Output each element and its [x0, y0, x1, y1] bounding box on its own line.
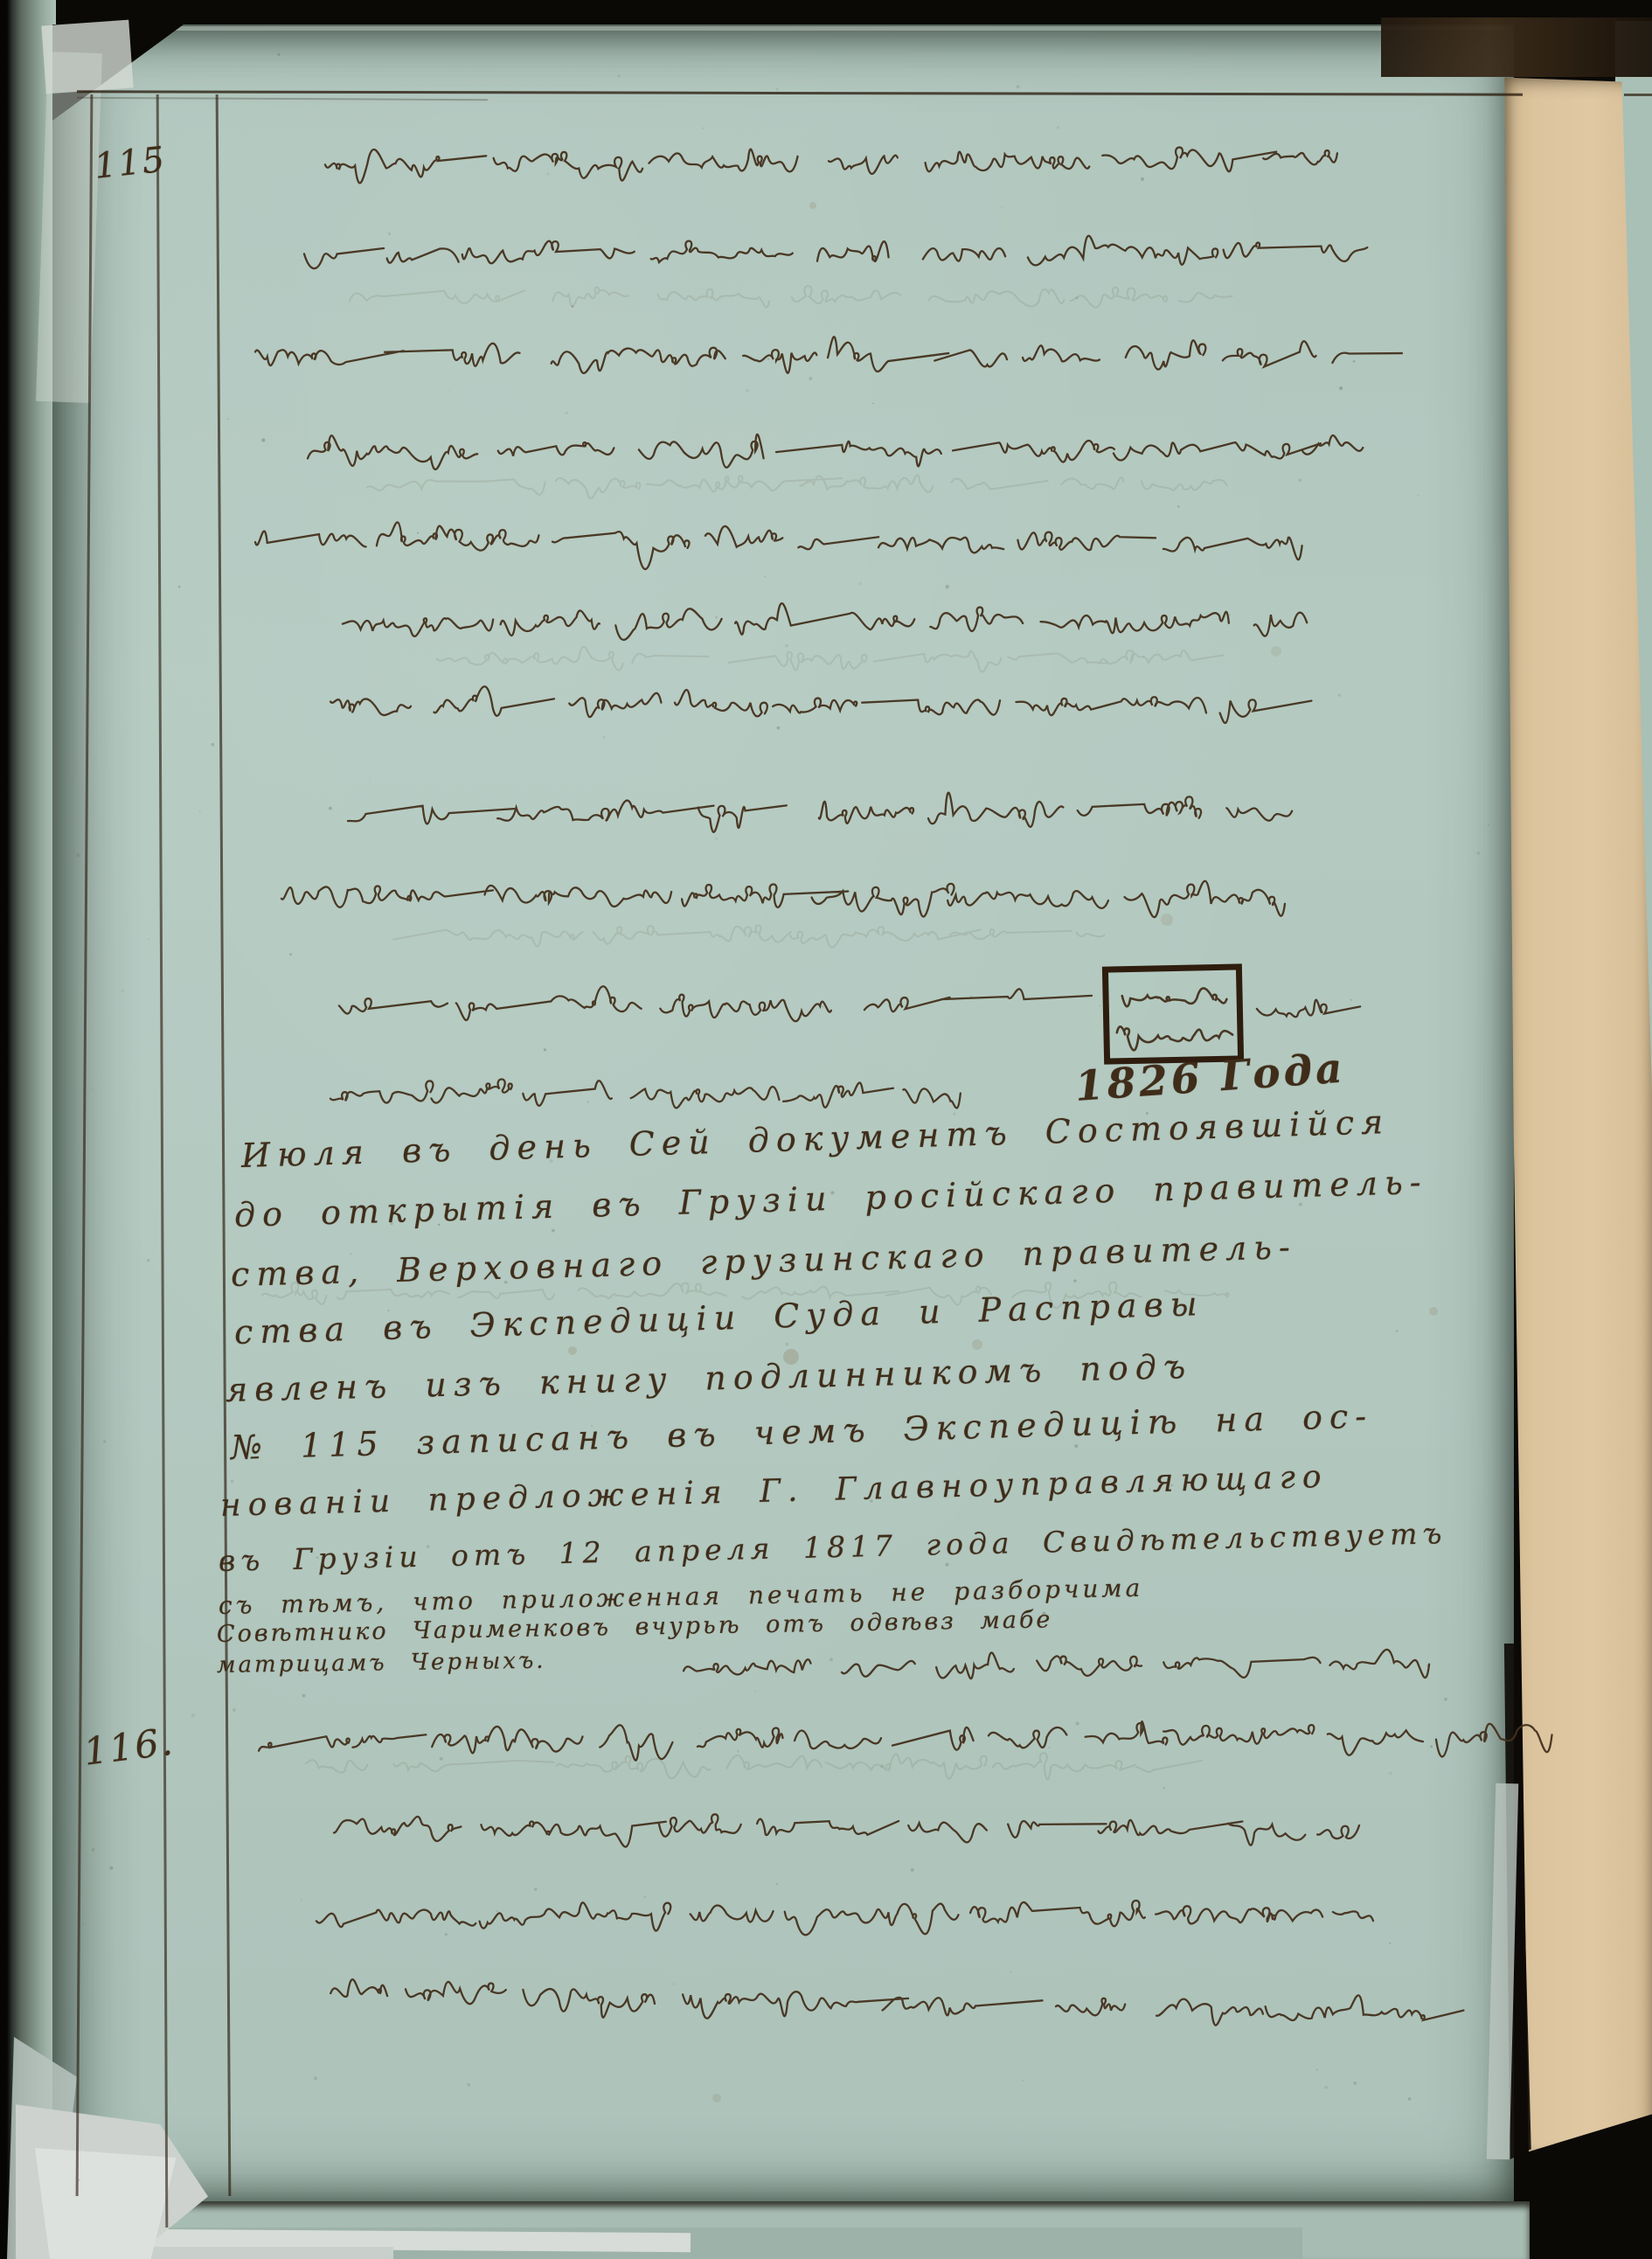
paper-speckles — [0, 0, 1652, 2259]
manuscript-scan: 115 116. 1826 Года Июля въ день Сей доку… — [0, 0, 1652, 2259]
